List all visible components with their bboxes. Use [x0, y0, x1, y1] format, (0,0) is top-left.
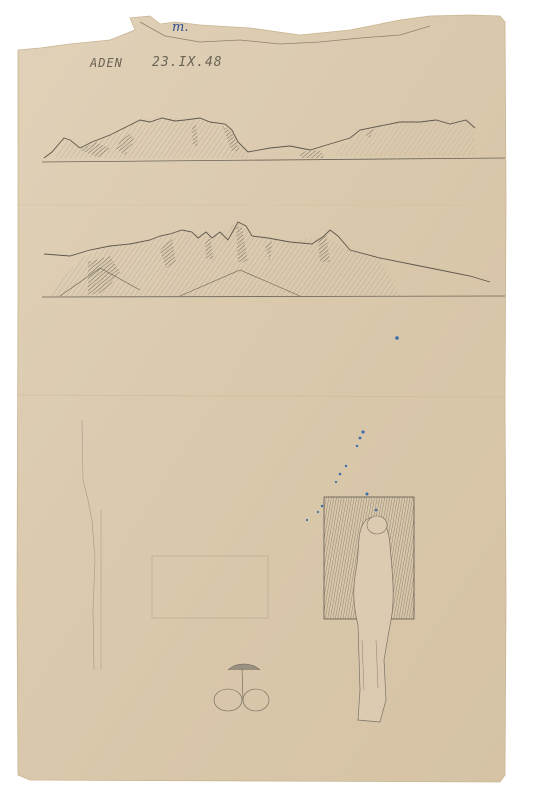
sketch-page: ADEN 23.IX.48 m.	[0, 0, 542, 800]
paper-sheet	[0, 0, 542, 800]
date-label: 23.IX.48	[152, 55, 223, 70]
blue-ink-initial: m.	[172, 20, 188, 35]
location-label: ADEN	[90, 56, 123, 70]
